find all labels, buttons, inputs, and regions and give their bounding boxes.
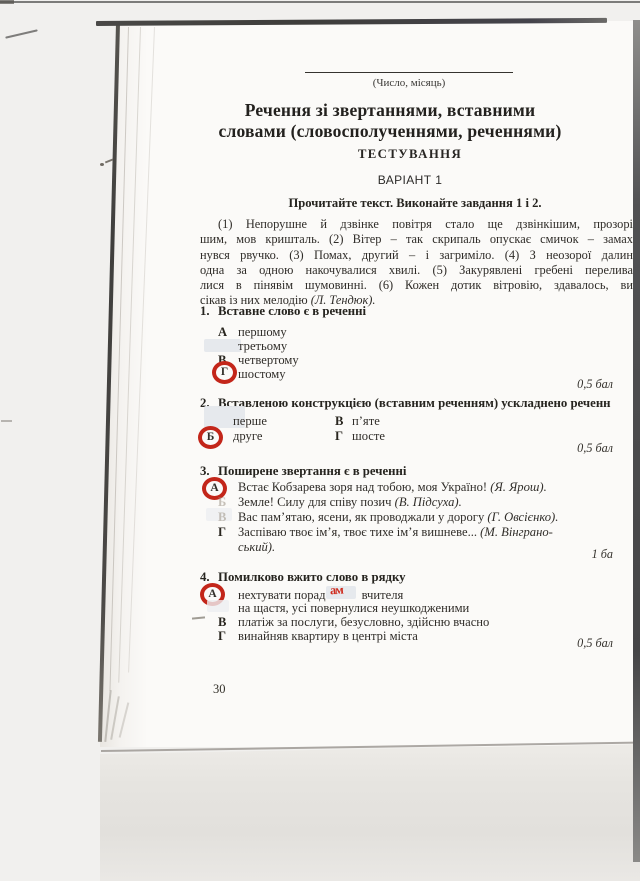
question-1-number: 1. [200, 304, 218, 319]
date-caption: (Число, місяць) [305, 77, 513, 89]
q3-option-v-letter-erased: В [218, 510, 238, 525]
q4-score: 0,5 бал [420, 636, 613, 651]
q3-option-b: БЗемле! Силу для співу позич (В. Підсуха… [218, 495, 462, 510]
q3-option-g-letter: Г [218, 525, 238, 540]
question-2-stem: 2.Вставленою конструкцією (вставним рече… [200, 396, 633, 411]
q4-option-g-text: винайняв квартиру в центрі міста [238, 629, 418, 643]
q3-option-v: ВВас пам’ятаю, ясени, як проводжали у до… [218, 510, 558, 525]
q3-option-b-source: (В. Підсуха). [395, 495, 462, 509]
passage-line: лися в пінявім шумовинні. (6) Кожен доти… [200, 278, 633, 293]
question-2-stem-text: Вставленою конструкцією (вставним реченн… [218, 396, 611, 410]
page-number: 30 [213, 682, 226, 697]
q2-option-g-text: шосте [352, 429, 385, 443]
photo-corner-mark [0, 0, 14, 4]
q1-option-a: Апершому [218, 325, 287, 340]
q4-option-v-text: платіж за послуги, безусловно, здійсню в… [238, 615, 489, 629]
passage-line: шим, мов кришталь. (2) Вітер – так скрип… [200, 232, 633, 247]
red-handwritten-correction: ам [329, 583, 343, 599]
instruction-line: Прочитайте текст. Виконайте завдання 1 і… [180, 196, 640, 211]
q4-option-g-letter: Г [218, 629, 238, 644]
q2-option-g: Гшосте [335, 429, 385, 444]
q3-option-g-source: (М. Вінграно- [480, 525, 553, 539]
q4-option-v: Вплатіж за послуги, безусловно, здійсню … [218, 615, 489, 630]
q1-option-g: шостому [238, 367, 286, 382]
question-4-stem: 4.Помилково вжито слово в рядку [200, 570, 406, 585]
section-heading: ТЕСТУВАННЯ [180, 147, 640, 162]
pencil-mark-left-edge [1, 420, 12, 422]
red-circle-answer-q2: Б [198, 426, 223, 449]
q1-score: 0,5 бал [420, 377, 613, 392]
date-fill-line [305, 72, 513, 73]
question-4-stem-text: Помилково вжито слово в рядку [218, 570, 406, 584]
q2-option-b: друге [233, 429, 262, 444]
q1-option-a-letter: А [218, 325, 238, 340]
q4-option-v-letter: В [218, 615, 238, 630]
question-1-stem: 1.Вставне слово є в реченні [200, 304, 366, 319]
q3-option-a-text: Встає Кобзарева зоря над тобою, моя Укра… [238, 480, 490, 494]
q2-score: 0,5 бал [420, 441, 613, 456]
whiteout-patch-q1-b [204, 339, 241, 352]
underlying-pages [100, 744, 640, 881]
q1-option-v-text: четвертому [238, 353, 299, 367]
passage-line: одна за одною накочувалися хвилі. (5) За… [200, 263, 633, 278]
q4-option-a-text-after: вчителя [362, 588, 404, 602]
question-3-stem-text: Поширене звертання є в реченні [218, 464, 407, 478]
q1-option-b: третьому [238, 339, 287, 354]
q3-option-a-source: (Я. Ярош). [490, 480, 547, 494]
question-3-stem: 3.Поширене звертання є в реченні [200, 464, 407, 479]
q4-correction-area: ам [326, 586, 362, 599]
q3-score: 1 ба [420, 547, 613, 562]
q2-option-v-letter: В [335, 414, 352, 429]
q2-option-v-text: п’яте [352, 414, 380, 428]
q3-option-g: ГЗаспіваю твоє ім’я, твоє тихе ім’я вишн… [218, 525, 553, 540]
q4-option-b: на щастя, усі повернулися неушкодженими [238, 601, 469, 616]
q2-option-v: Вп’яте [335, 414, 380, 429]
passage-line: (1) Непорушне й дзвінке повітря стало ще… [200, 217, 633, 232]
lesson-title-line1: Речення зі звертаннями, вставними [150, 100, 630, 121]
q3-option-g-text: Заспіваю твоє ім’я, твоє тихе ім’я вишне… [238, 525, 480, 539]
pen-mark-diagonal [5, 29, 38, 38]
q1-option-a-text: першому [238, 325, 287, 339]
q3-option-a: Встає Кобзарева зоря над тобою, моя Укра… [238, 480, 547, 495]
passage-line: нувся рвучко. (3) Помах, другий – і загр… [200, 248, 633, 263]
red-circle-answer-q1: Г [212, 361, 237, 384]
reading-passage: (1) Непорушне й дзвінке повітря стало ще… [200, 217, 633, 309]
photo-top-edge-line [0, 1, 640, 3]
pen-mark-squiggle [100, 163, 104, 166]
q3-option-g-continuation: ський). [238, 540, 275, 555]
q2-option-a: перше [233, 414, 267, 429]
whiteout-patch-q4-b [207, 600, 229, 612]
q3-option-v-source: (Г. Овсієнко). [487, 510, 558, 524]
lesson-title-line2: словами (словосполученнями, реченнями) [150, 121, 630, 142]
variant-heading: ВАРІАНТ 1 [180, 173, 640, 187]
question-1-stem-text: Вставне слово є в реченні [218, 304, 366, 318]
q4-option-g: Гвинайняв квартиру в центрі міста [218, 629, 418, 644]
q2-option-g-letter: Г [335, 429, 352, 444]
q4-option-a-text-before: нехтувати порад [238, 588, 326, 602]
q3-option-v-text: Вас пам’ятаю, ясени, як проводжали у дор… [238, 510, 487, 524]
q3-option-b-text: Земле! Силу для співу позич [238, 495, 395, 509]
